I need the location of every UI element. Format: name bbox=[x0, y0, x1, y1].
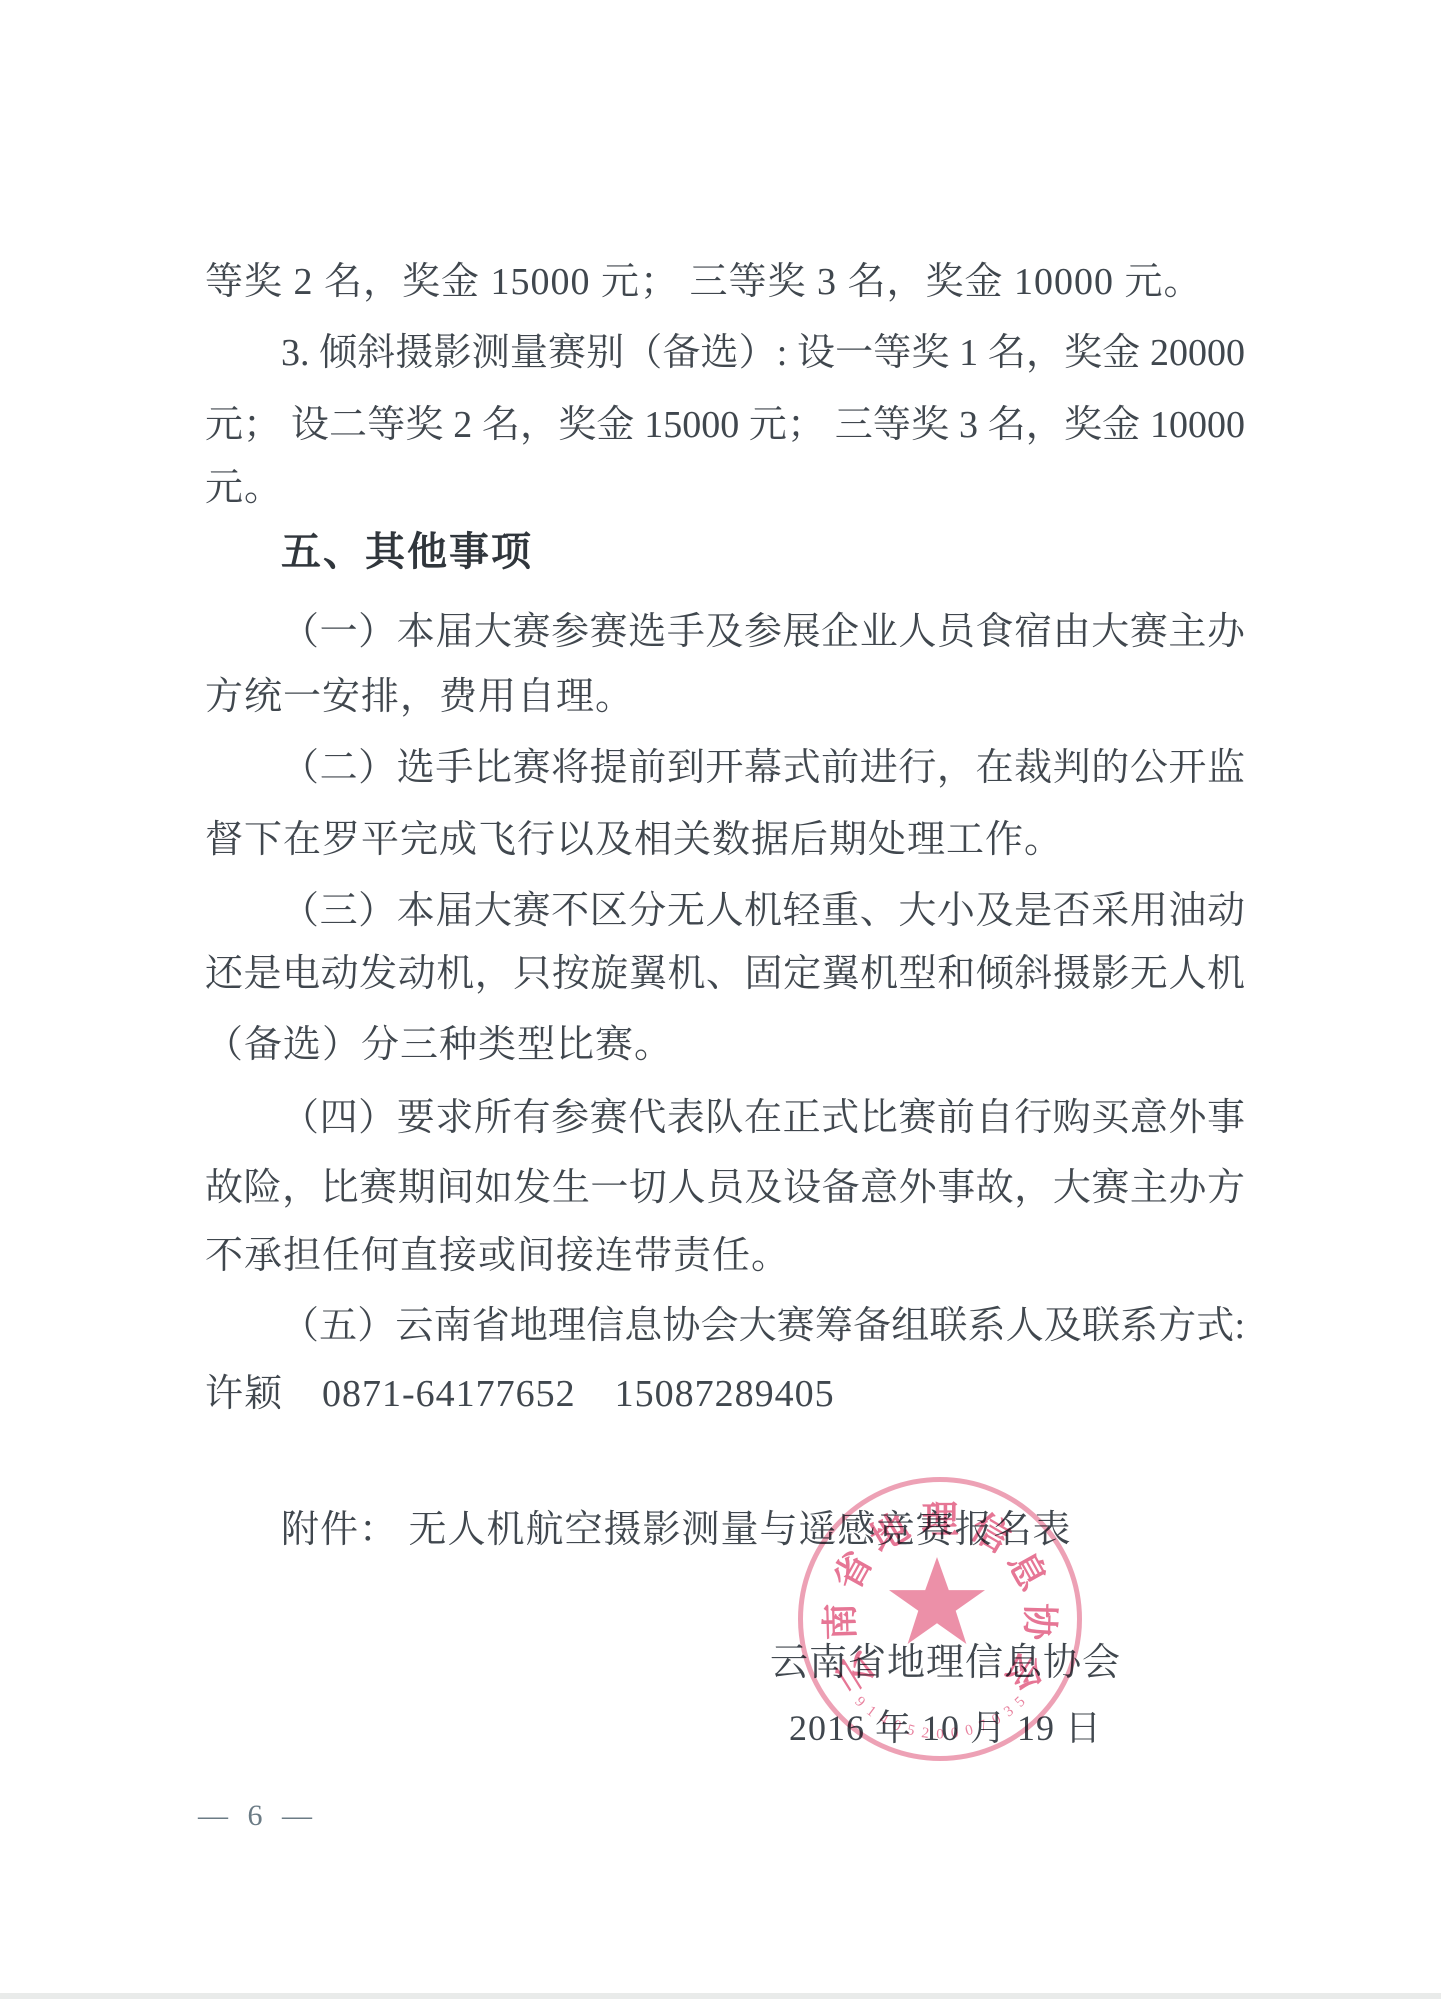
body-line: 督下在罗平完成飞行以及相关数据后期处理工作。 bbox=[205, 818, 1245, 862]
body-line: 不承担任何直接或间接连带责任。 bbox=[205, 1234, 1245, 1278]
body-line: 方统一安排，费用自理。 bbox=[205, 675, 1245, 719]
document-page: 等奖 2 名，奖金 15000 元； 三等奖 3 名，奖金 10000 元。3.… bbox=[0, 0, 1441, 1999]
body-line: 元； 设二等奖 2 名，奖金 15000 元； 三等奖 3 名，奖金 10000 bbox=[205, 403, 1245, 447]
signature-date: 2016 年 10 月 19 日 bbox=[789, 1706, 1102, 1750]
section-heading: 五、其他事项 bbox=[205, 530, 1245, 574]
scan-bottom-edge bbox=[0, 1993, 1441, 1999]
stamp-star-icon bbox=[887, 1557, 987, 1653]
body-line: 元。 bbox=[205, 466, 1245, 510]
stamp-arc-char: 南 bbox=[810, 1602, 865, 1640]
stamp-arc-char: 协 bbox=[1015, 1602, 1070, 1640]
signature-org: 云南省地理信息协会 bbox=[770, 1641, 1121, 1685]
body-line: 3. 倾斜摄影测量赛别（备选）: 设一等奖 1 名，奖金 20000 bbox=[205, 331, 1245, 375]
page-number: — 6 — bbox=[198, 1799, 318, 1833]
body-line: （五）云南省地理信息协会大赛筹备组联系人及联系方式: bbox=[205, 1304, 1245, 1348]
body-line: （备选）分三种类型比赛。 bbox=[205, 1023, 1245, 1067]
attachment-line: 附件： 无人机航空摄影测量与遥感竞赛报名表 bbox=[205, 1508, 1245, 1552]
contact-info-line: 许颖 0871-64177652 15087289405 bbox=[205, 1372, 1245, 1416]
body-line: 等奖 2 名，奖金 15000 元； 三等奖 3 名，奖金 10000 元。 bbox=[205, 260, 1245, 304]
body-line: 故险，比赛期间如发生一切人员及设备意外事故，大赛主办方 bbox=[205, 1166, 1245, 1210]
body-line: （一）本届大赛参赛选手及参展企业人员食宿由大赛主办 bbox=[205, 610, 1245, 654]
body-line: （三）本届大赛不区分无人机轻重、大小及是否采用油动 bbox=[205, 889, 1245, 933]
body-line: （二）选手比赛将提前到开幕式前进行，在裁判的公开监 bbox=[205, 746, 1245, 790]
body-line: （四）要求所有参赛代表队在正式比赛前自行购买意外事 bbox=[205, 1096, 1245, 1140]
body-line: 还是电动发动机，只按旋翼机、固定翼机型和倾斜摄影无人机 bbox=[205, 952, 1245, 996]
